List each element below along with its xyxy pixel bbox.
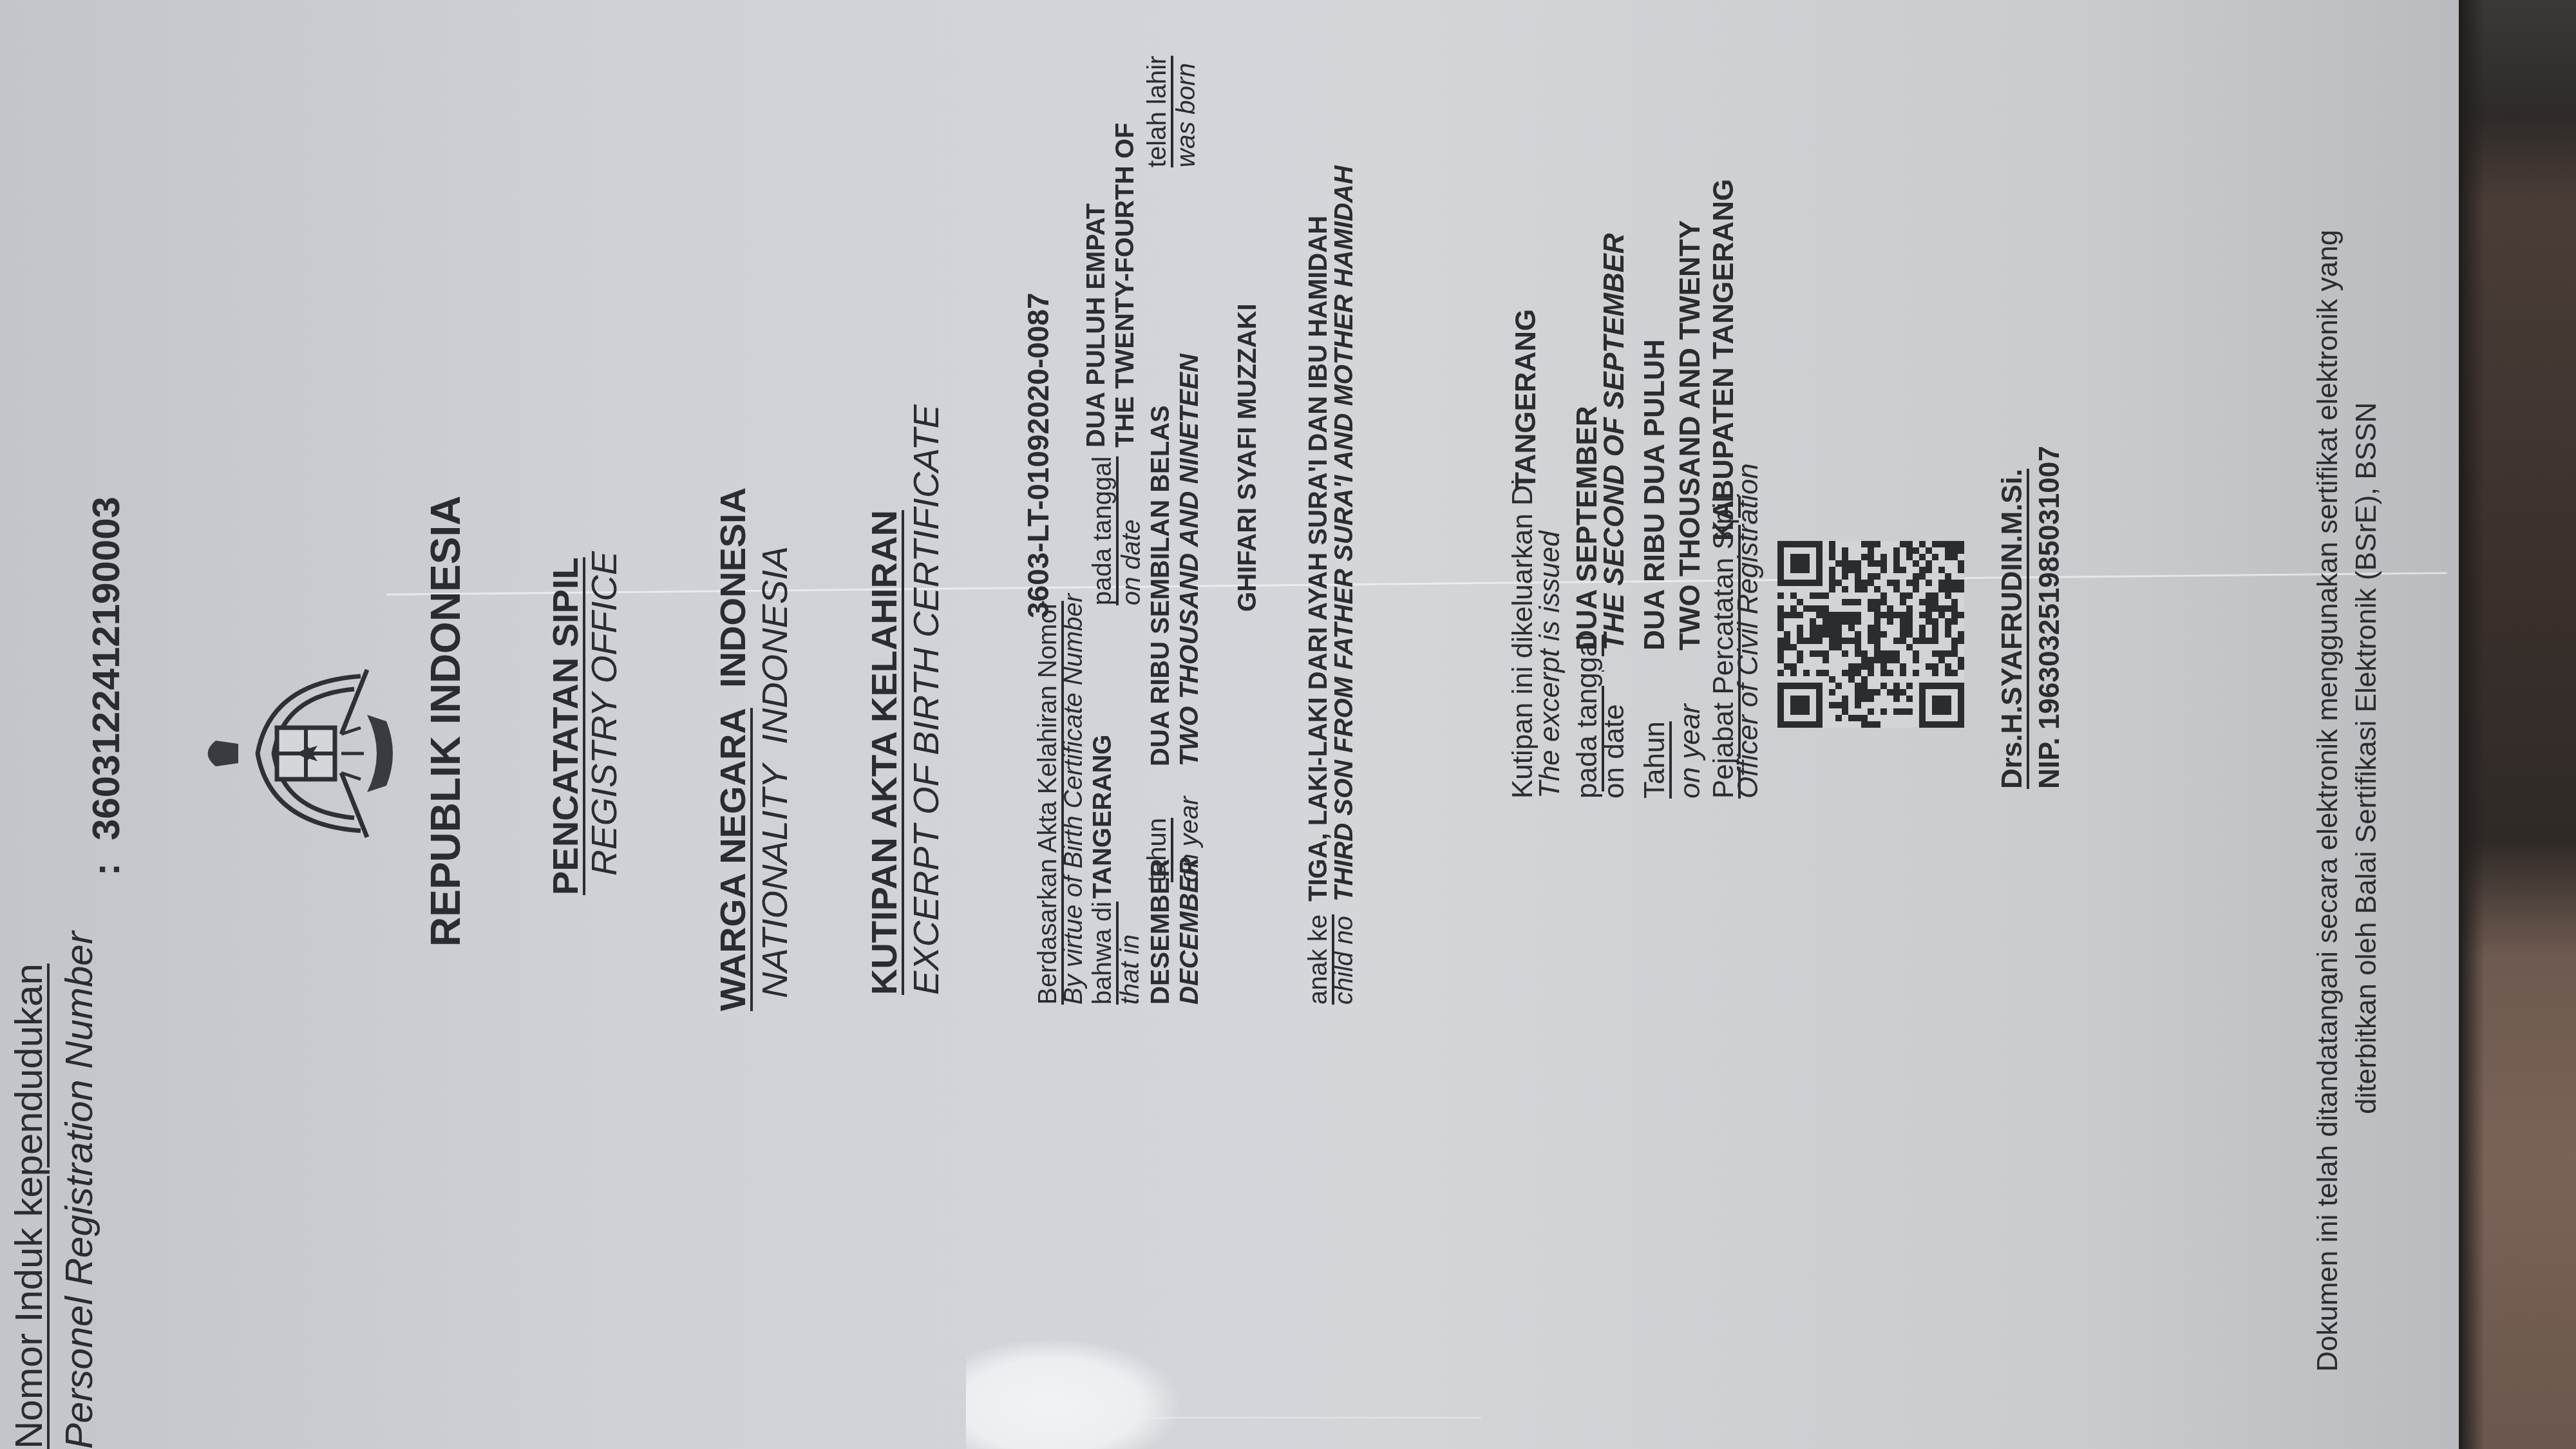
- footer-line-2: diterbitkan oleh Balai Sertifikasi Elekt…: [2351, 402, 2383, 1114]
- cert-number-value: 3603-LT-01092020-0087: [1021, 292, 1056, 618]
- cert-number-label-en: By virtue of Birth Certificate Number: [1059, 594, 1088, 1005]
- nationality-value: INDONESIA: [712, 488, 753, 688]
- nationality-row-en: NATIONALITY INDONESIA: [753, 546, 795, 998]
- issued-date-value-en: THE SECOND OF SEPTEMBER: [1598, 233, 1631, 650]
- child-no-label: anak ke: [1304, 914, 1333, 1005]
- birth-year-label: tahun: [1143, 818, 1172, 882]
- birth-year-value-en: TWO THOUSAND AND NINETEEN: [1175, 354, 1204, 766]
- issued-year-label: Tahun: [1639, 721, 1671, 799]
- issued-year-value: DUA RIBU DUA PULUH: [1639, 339, 1671, 650]
- issued-year-label-en: on year: [1674, 704, 1707, 799]
- issued-label-en: The excerpt is issued: [1534, 531, 1566, 799]
- footer-line-1: Dokumen ini telah ditandatangani secara …: [2312, 230, 2344, 1372]
- birth-date-label-en: on date: [1117, 520, 1146, 605]
- birth-year-value: DUA RIBU SEMBILAN BELAS: [1146, 405, 1175, 766]
- birth-certificate-page: Nomor Induk kependudukan Personel Regist…: [0, 0, 2460, 1449]
- issued-place: TANGERANG: [1510, 309, 1542, 489]
- born-label-en: was born: [1172, 63, 1201, 167]
- birth-year-label-en: on year: [1175, 797, 1204, 882]
- officer-region: KABUPATEN TANGERANG: [1708, 179, 1740, 541]
- country-title: REPUBLIK INDONESIA: [422, 496, 469, 947]
- child-name: GHIFARI SYAFI MUZZAKI: [1233, 303, 1262, 612]
- office-title-en: REGISTRY OFFICE: [583, 551, 625, 876]
- garuda-emblem-icon: [193, 657, 399, 850]
- child-no-value: TIGA, LAKI-LAKI DARI AYAH SURA'I DAN IBU…: [1304, 216, 1333, 902]
- cert-number-label: Berdasarkan Akta Kelahiran Nomor: [1034, 601, 1063, 1005]
- nationality-label: WARGA NEGARA: [712, 708, 753, 1011]
- office-title: PENCATATAN SIPIL: [544, 557, 586, 895]
- issued-year-value-en: TWO THOUSAND AND TWENTY: [1674, 220, 1707, 650]
- birth-date-value-en: THE TWENTY-FOURTH OF: [1111, 123, 1140, 448]
- child-no-label-en: child no: [1330, 916, 1359, 1005]
- birth-date-value: DUA PULUH EMPAT: [1082, 204, 1111, 448]
- qr-code-icon: [1777, 541, 1964, 728]
- nik-value: 3603122412190003: [84, 497, 128, 840]
- birth-place-value: TANGERANG: [1088, 735, 1117, 899]
- birth-date-label: pada tanggal: [1088, 457, 1117, 605]
- birth-place-label: bahwa di: [1088, 902, 1117, 1005]
- child-no-value-en: THIRD SON FROM FATHER SURA'I AND MOTHER …: [1330, 166, 1359, 902]
- certificate-title: KUTIPAN AKTA KELAHIRAN: [863, 510, 905, 995]
- born-label: telah lahir: [1143, 56, 1172, 167]
- nik-colon: :: [84, 863, 128, 876]
- certificate-title-en: EXCERPT OF BIRTH CERTIFICATE: [905, 404, 947, 995]
- nik-label: Nomor Induk kependudukan: [6, 963, 51, 1449]
- fabric-backdrop: [2459, 0, 2576, 1449]
- birth-place-row: bahwa di TANGERANG: [1088, 735, 1117, 1005]
- issued-date-label-en: on date: [1598, 704, 1631, 799]
- paper-damage-spot: [966, 1340, 1179, 1449]
- nationality-value-en: INDONESIA: [754, 546, 795, 744]
- nik-label-en: Personel Registration Number: [57, 931, 101, 1449]
- nationality-row: WARGA NEGARA INDONESIA: [712, 488, 753, 1011]
- signatory-name: Drs.H.SYAFRUDIN.M.Si.: [1996, 469, 2029, 789]
- signatory-nip: NIP. 196303251985031007: [2034, 446, 2066, 789]
- birth-place-label-en: that in: [1116, 934, 1145, 1005]
- nationality-label-en: NATIONALITY: [754, 764, 795, 998]
